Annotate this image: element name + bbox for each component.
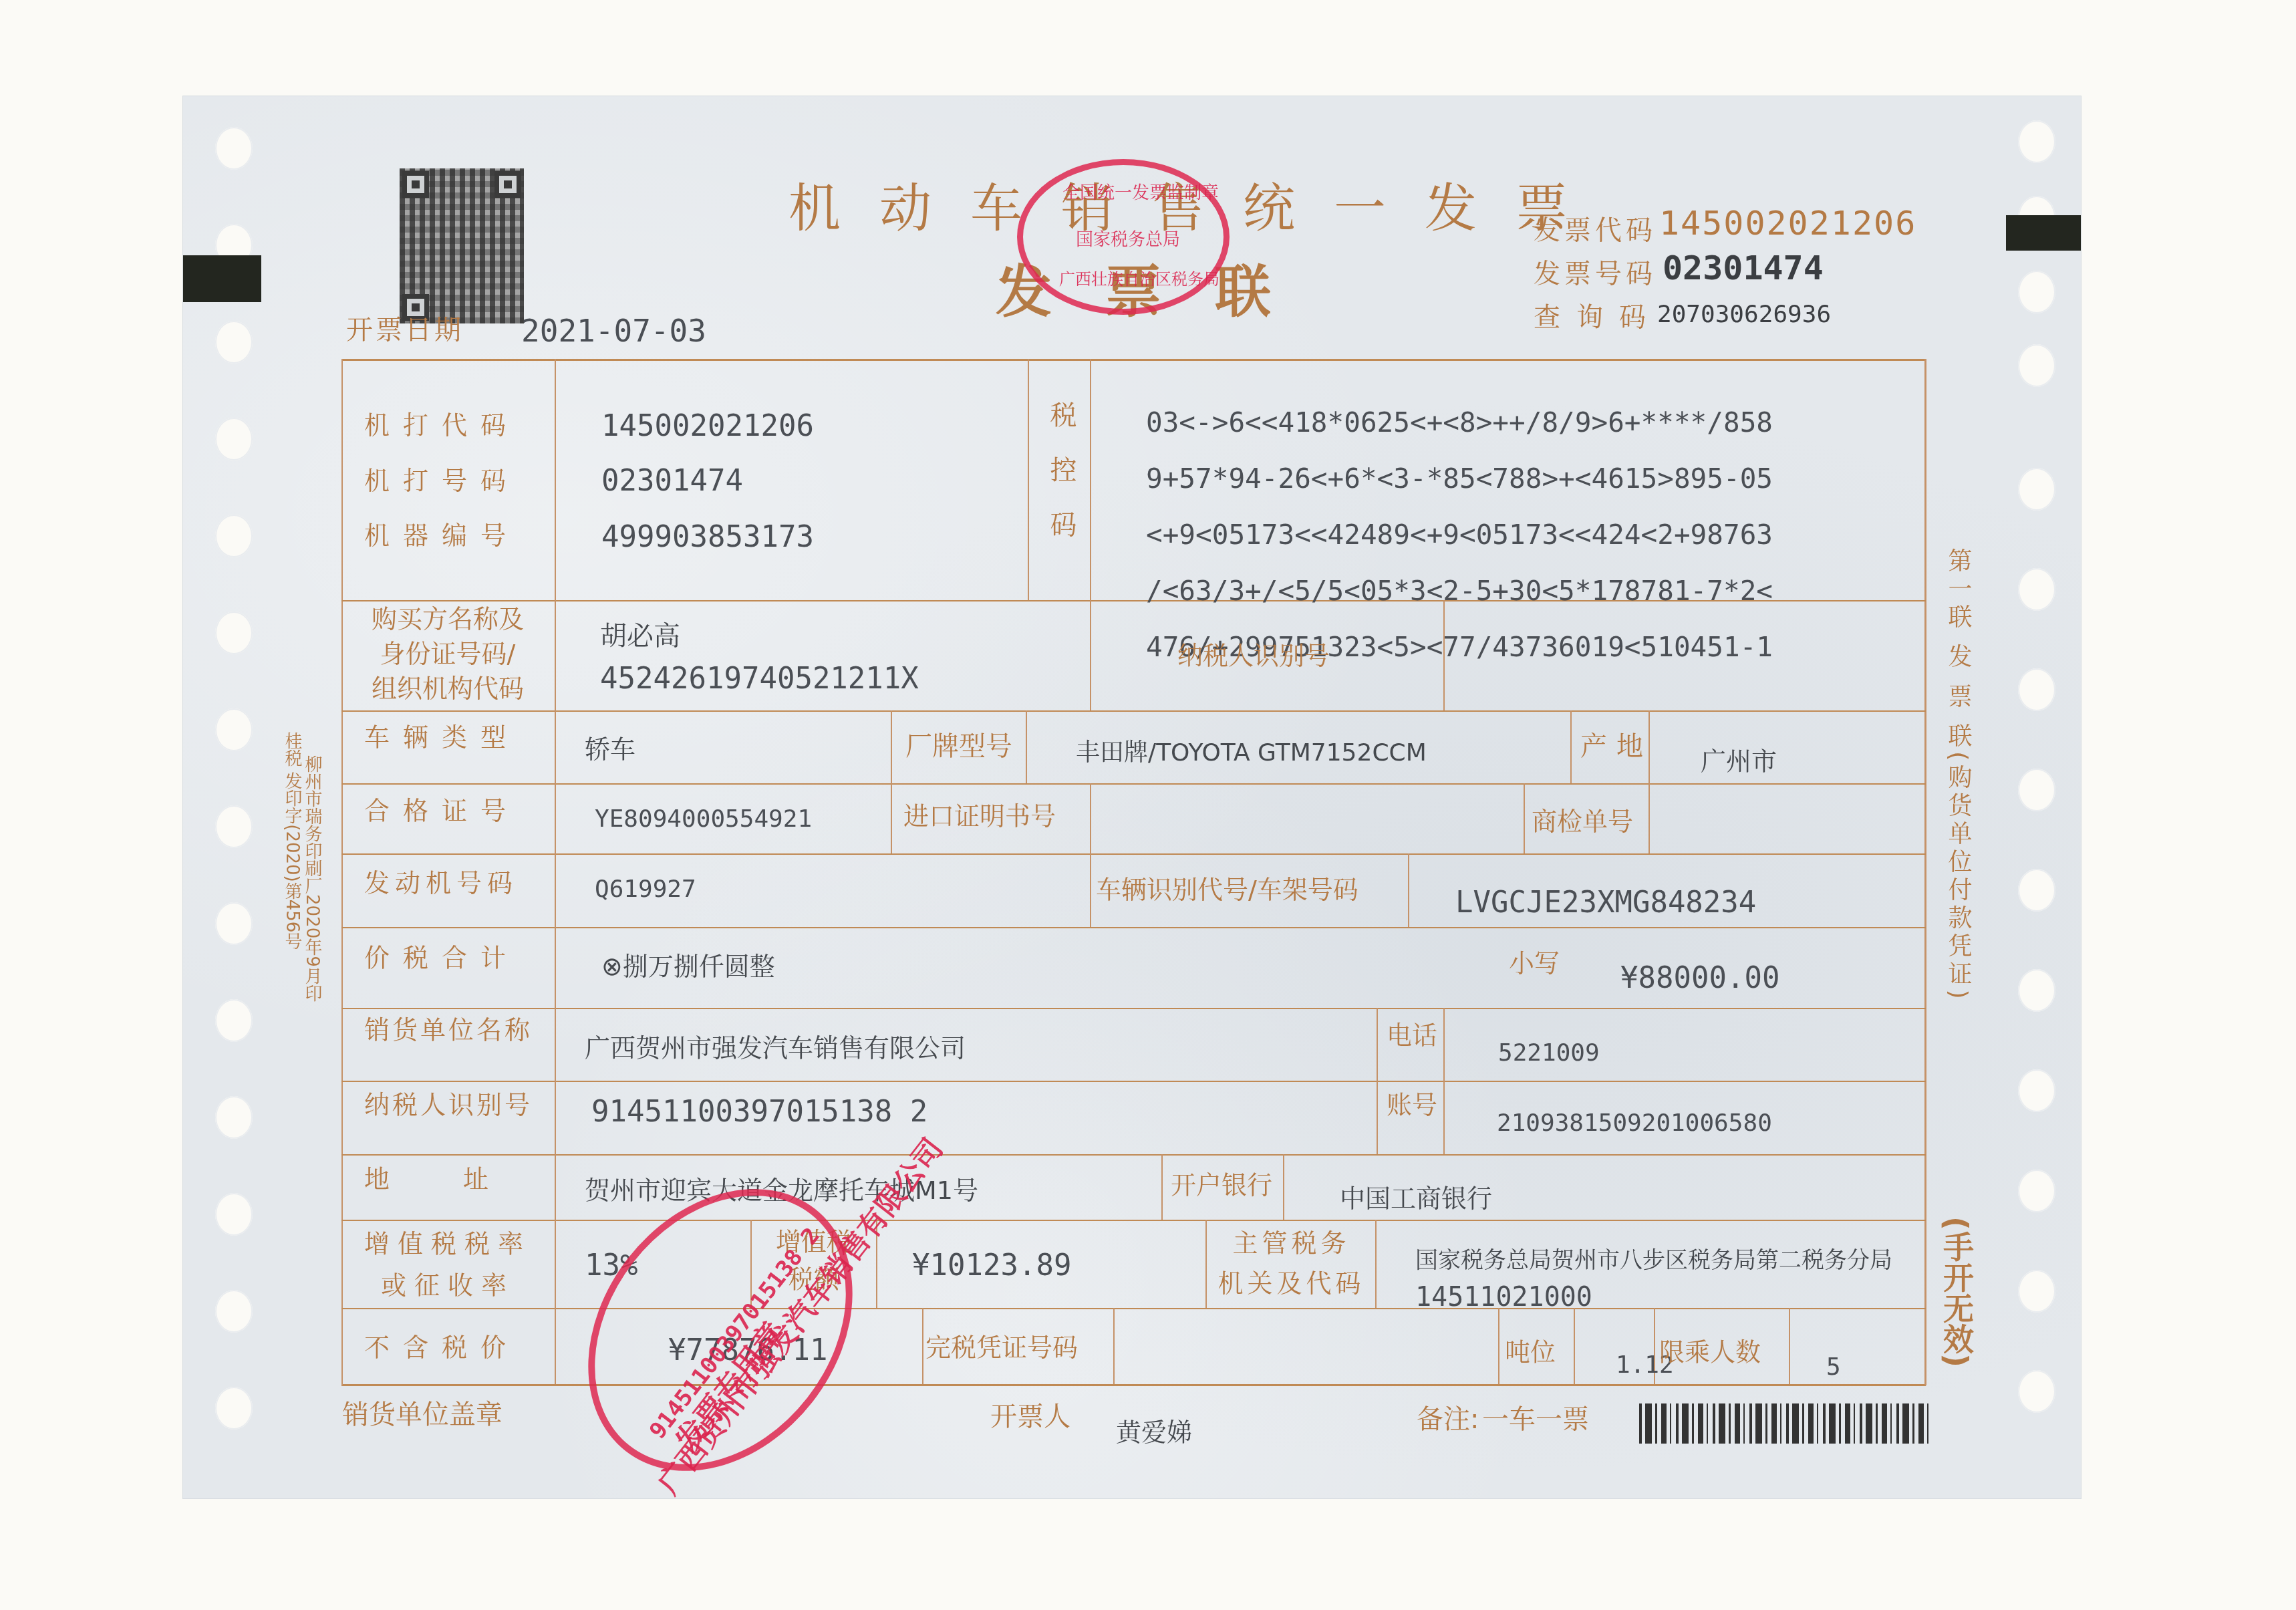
total-lowercase-label: 小写 xyxy=(1509,942,1560,979)
seller-taxpayer-id-label: 纳税人识别号 xyxy=(364,1084,533,1121)
tax-control-code: 03<->6<<418*0625<+<8>++/8/9>6+****/858 9… xyxy=(1146,394,1773,675)
feed-hole xyxy=(215,127,253,170)
tax-control-label: 税控码 xyxy=(1042,401,1081,565)
feed-hole xyxy=(2018,969,2055,1012)
certificate-number: YE8094000554921 xyxy=(595,805,812,833)
engine-label: 发动机号码 xyxy=(364,862,518,899)
vin: LVGCJE23XMG848234 xyxy=(1455,886,1756,920)
issuer-name: 黄爱娣 xyxy=(1116,1412,1192,1448)
printer-info: 桂税 发印字(2020)第456号 xyxy=(281,732,303,950)
buyer-id-number: 45242619740521211X xyxy=(600,662,919,696)
barcode xyxy=(1639,1403,1933,1444)
query-code-label: 查询码 xyxy=(1534,296,1662,334)
brand-model-label: 厂牌型号 xyxy=(905,725,1012,763)
buyer-name: 胡必高 xyxy=(600,615,680,653)
certificate-label: 合格证号 xyxy=(364,790,519,827)
origin: 广州市 xyxy=(1701,741,1777,777)
tax-authority-label: 主管税务 机关及代码 xyxy=(1209,1223,1373,1303)
feed-hole xyxy=(215,418,253,460)
vin-label: 车辆识别代号/车架号码 xyxy=(1096,869,1358,906)
registration-mark xyxy=(183,255,261,302)
feed-hole xyxy=(215,1290,253,1333)
tonnage-label: 吨位 xyxy=(1505,1331,1556,1368)
invoice-code-label: 发票代码 xyxy=(1534,209,1657,247)
feed-hole xyxy=(2018,1170,2055,1212)
feed-hole xyxy=(2018,769,2055,811)
tax-rate-label: 增值税税率 或征收率 xyxy=(341,1223,555,1306)
registration-mark xyxy=(2006,215,2081,251)
bank-label: 开户银行 xyxy=(1171,1164,1272,1201)
tax-bureau-seal-text: 全国统一发票监制章 xyxy=(1062,179,1219,204)
feed-hole xyxy=(215,902,253,945)
seller-name-label: 销货单位名称 xyxy=(364,1009,533,1046)
feed-hole xyxy=(215,515,253,557)
feed-hole xyxy=(215,708,253,751)
issue-date-label: 开票日期 xyxy=(346,309,464,347)
tax-authority-code: 14511021000 xyxy=(1415,1282,1592,1313)
total-label: 价税合计 xyxy=(364,937,519,974)
total-uppercase: ⊗捌万捌仟圆整 xyxy=(601,946,775,982)
feed-hole xyxy=(2018,1370,2055,1413)
tax-bureau-seal-text: 广西壮族自治区税务局 xyxy=(1059,266,1219,289)
feed-hole xyxy=(215,321,253,364)
feed-hole xyxy=(2018,1069,2055,1112)
remark: 一车一票 xyxy=(1482,1398,1589,1436)
feed-hole xyxy=(215,612,253,654)
duty-paid-cert-label: 完税凭证号码 xyxy=(925,1327,1078,1363)
tax-amount: ¥10123.89 xyxy=(912,1248,1071,1283)
handwritten-invalid-notice: (手开无效) xyxy=(1934,1216,1979,1367)
feed-hole xyxy=(215,1193,253,1236)
machine-code-label: 机打代码 xyxy=(364,404,519,441)
machine-code: 145002021206 xyxy=(601,409,814,443)
buyer-label: 购买方名称及 身份证号码/ 组织机构代码 xyxy=(341,601,555,706)
vehicle-type: 轿车 xyxy=(585,728,635,765)
query-code: 207030626936 xyxy=(1657,301,1831,328)
seller-seal-label: 销货单位盖章 xyxy=(342,1393,503,1432)
price-excl-tax-label: 不含税价 xyxy=(364,1327,519,1363)
brand-model: 丰田牌/TOYOTA GTM7152CCM xyxy=(1076,734,1427,768)
issue-date: 2021-07-03 xyxy=(521,313,706,349)
vehicle-type-label: 车辆类型 xyxy=(364,716,519,753)
feed-hole xyxy=(215,1387,253,1430)
device-number: 499903853173 xyxy=(601,520,814,554)
remark-label: 备注: xyxy=(1417,1398,1479,1436)
feed-hole xyxy=(2018,668,2055,711)
phone-label: 电话 xyxy=(1387,1015,1437,1051)
origin-label: 产地 xyxy=(1580,725,1653,763)
machine-number: 02301474 xyxy=(601,464,743,498)
feed-hole xyxy=(2018,344,2055,387)
bank: 中国工商银行 xyxy=(1340,1178,1492,1214)
feed-hole xyxy=(2018,120,2055,163)
address-label: 地址 xyxy=(364,1158,562,1195)
engine-number: Q619927 xyxy=(595,876,696,903)
seller-taxpayer-id: 91451100397015138 2 xyxy=(591,1095,927,1129)
account-number: 2109381509201006580 xyxy=(1497,1109,1772,1137)
seats: 5 xyxy=(1826,1353,1841,1381)
feed-hole xyxy=(2018,468,2055,511)
feed-hole xyxy=(2018,869,2055,912)
table-border xyxy=(1924,359,1926,1385)
import-cert-label: 进口证明书号 xyxy=(903,795,1056,832)
tax-authority: 国家税务总局贺州市八步区税务局第二税务分局 xyxy=(1415,1242,1892,1274)
feed-hole xyxy=(2018,1270,2055,1313)
tax-bureau-seal-text: 国家税务总局 xyxy=(1076,226,1180,251)
printer-info: 柳州市瑞务印刷厂2020年9月印 xyxy=(301,755,323,1002)
invoice-number-label: 发票号码 xyxy=(1534,253,1657,291)
issuer-label: 开票人 xyxy=(990,1395,1070,1434)
invoice-number: 02301474 xyxy=(1663,249,1824,287)
feed-hole xyxy=(2018,568,2055,611)
table-border xyxy=(341,1384,1926,1386)
invoice-code: 145002021206 xyxy=(1659,204,1916,243)
feed-hole xyxy=(215,1096,253,1139)
account-label: 账号 xyxy=(1387,1084,1437,1121)
seller-name: 广西贺州市强发汽车销售有限公司 xyxy=(585,1027,966,1064)
table-border xyxy=(341,359,1926,361)
qr-code xyxy=(400,168,524,323)
machine-number-label: 机打号码 xyxy=(364,460,519,497)
buyer-taxpayer-id-label: 纳税人识别号 xyxy=(1177,635,1330,672)
phone: 5221009 xyxy=(1498,1039,1600,1067)
feed-hole xyxy=(2018,271,2055,313)
seats-label: 限乘人数 xyxy=(1659,1331,1761,1368)
inspection-label: 商检单号 xyxy=(1532,801,1633,837)
feed-hole xyxy=(215,999,253,1042)
total-lowercase: ¥88000.00 xyxy=(1620,961,1779,995)
device-number-label: 机器编号 xyxy=(364,515,519,551)
feed-hole xyxy=(215,805,253,848)
copy-label: 第一联 发 票 联(购货单位付款凭证) xyxy=(1941,548,1975,1002)
